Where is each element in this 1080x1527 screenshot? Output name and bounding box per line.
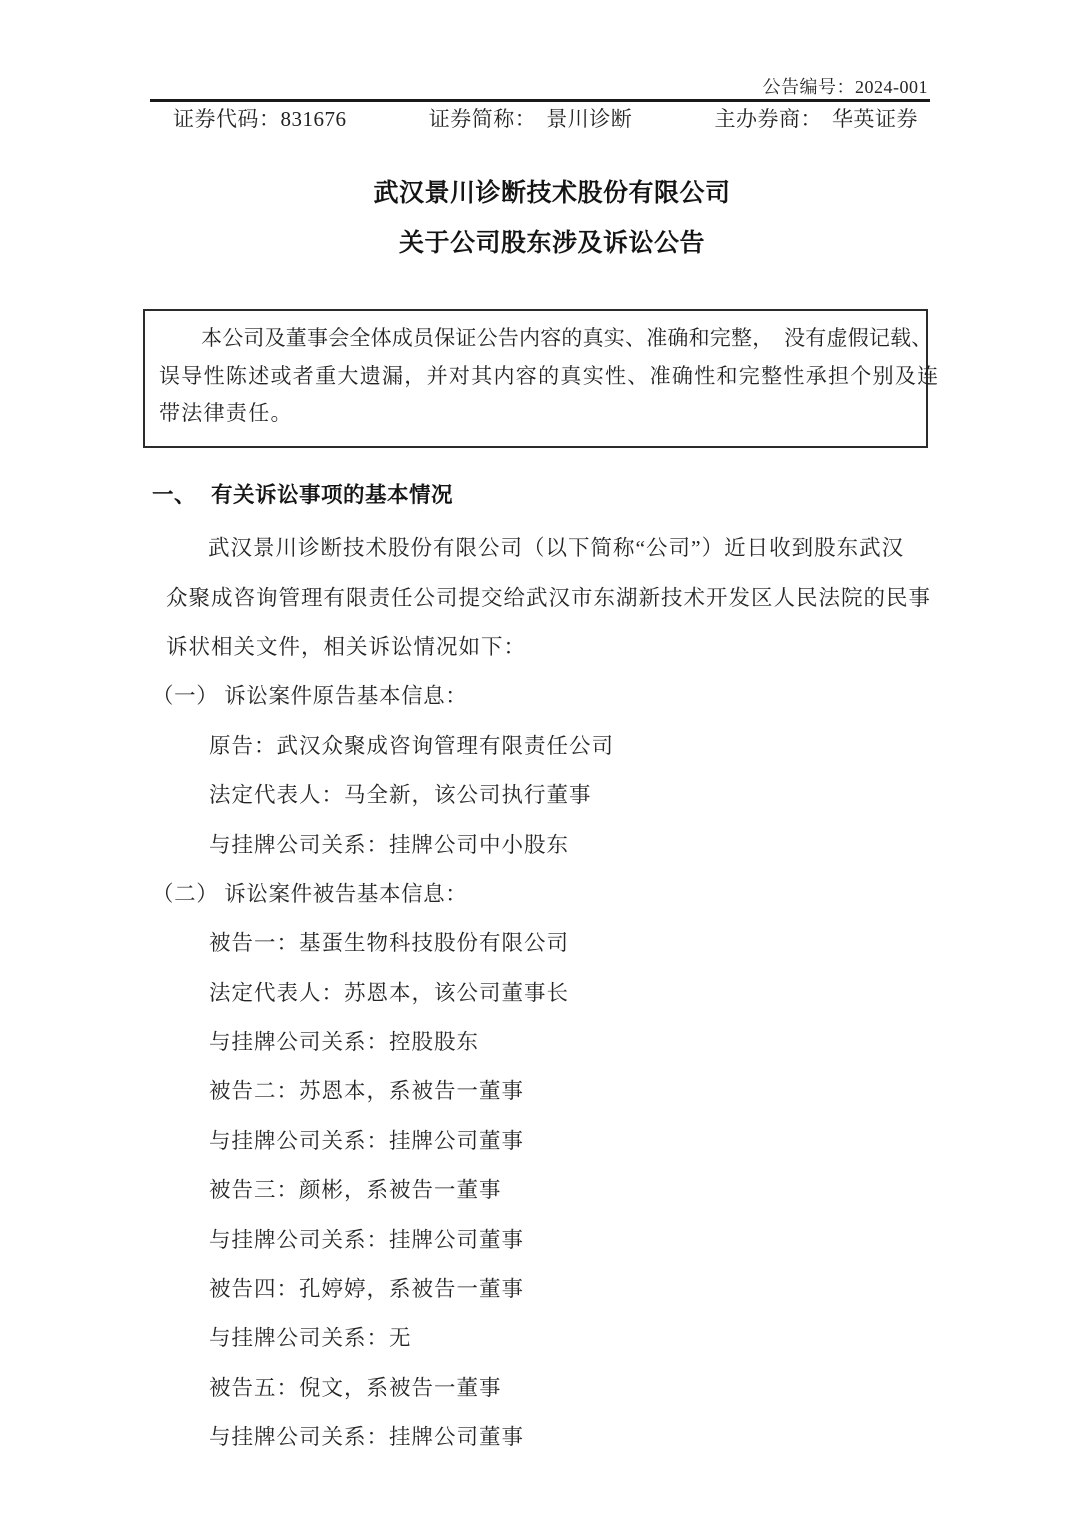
body-line: 被告一：基蛋生物科技股份有限公司 xyxy=(152,917,952,966)
document-title-line2: 关于公司股东涉及诉讼公告 xyxy=(162,230,942,258)
disclaimer-line: 带法律责任。 xyxy=(159,395,914,433)
body-line: 武汉景川诊断技术股份有限公司（以下简称“公司”）近日收到股东武汉 xyxy=(152,522,952,571)
body-line: 被告五：倪文，系被告一董事 xyxy=(152,1362,952,1411)
header-rule xyxy=(150,99,930,102)
disclaimer-line: 误导性陈述或者重大遗漏，并对其内容的真实性、准确性和完整性承担个别及连 xyxy=(159,358,914,396)
body-line: 与挂牌公司关系：控股股东 xyxy=(152,1016,952,1065)
section-title: 有关诉讼事项的基本情况 xyxy=(211,483,453,507)
body-line: 众聚成咨询管理有限责任公司提交给武汉市东湖新技术开发区人民法院的民事 xyxy=(152,571,952,620)
body-line: 被告四：孔婷婷，系被告一董事 xyxy=(152,1263,952,1312)
section-number: 一、 xyxy=(152,483,196,507)
section-heading: 一、有关诉讼事项的基本情况 xyxy=(152,481,453,509)
body-line: 诉状相关文件，相关诉讼情况如下： xyxy=(152,621,952,670)
sponsor-group: 主办券商：华英证券 xyxy=(715,104,919,134)
body-line: 原告：武汉众聚成咨询管理有限责任公司 xyxy=(152,720,952,769)
body-line: 被告三：颜彬，系被告一董事 xyxy=(152,1164,952,1213)
body-line: （二） 诉讼案件被告基本信息： xyxy=(152,868,952,917)
stock-name-value: 景川诊断 xyxy=(546,107,632,131)
document-body: 武汉景川诊断技术股份有限公司（以下简称“公司”）近日收到股东武汉众聚成咨询管理有… xyxy=(152,522,952,1460)
securities-header-row: 证券代码：831676 证券简称：景川诊断 主办券商：华英证券 xyxy=(150,104,930,134)
body-line: 与挂牌公司关系：无 xyxy=(152,1312,952,1361)
announcement-number: 公告编号：2024-001 xyxy=(763,76,929,98)
body-line: 法定代表人：马全新，该公司执行董事 xyxy=(152,769,952,818)
stock-code-group: 证券代码：831676 xyxy=(173,104,347,134)
document-page: 公告编号：2024-001 证券代码：831676 证券简称：景川诊断 主办券商… xyxy=(0,0,1080,1527)
body-line: 与挂牌公司关系：挂牌公司中小股东 xyxy=(152,818,952,867)
disclaimer-line: 本公司及董事会全体成员保证公告内容的真实、准确和完整， 没有虚假记载、 xyxy=(159,320,914,358)
body-line: 被告二：苏恩本，系被告一董事 xyxy=(152,1065,952,1114)
body-line: 与挂牌公司关系：挂牌公司董事 xyxy=(152,1115,952,1164)
document-title-line1: 武汉景川诊断技术股份有限公司 xyxy=(162,180,942,208)
sponsor-value: 华英证券 xyxy=(832,107,918,131)
disclaimer-box: 本公司及董事会全体成员保证公告内容的真实、准确和完整， 没有虚假记载、误导性陈述… xyxy=(143,309,928,448)
stock-name-group: 证券简称：景川诊断 xyxy=(429,104,633,134)
sponsor-label: 主办券商： xyxy=(715,107,823,131)
body-line: 与挂牌公司关系：挂牌公司董事 xyxy=(152,1213,952,1262)
stock-code-label: 证券代码： xyxy=(173,107,281,131)
body-line: 法定代表人：苏恩本，该公司董事长 xyxy=(152,967,952,1016)
stock-code-value: 831676 xyxy=(281,107,347,131)
body-line: （一） 诉讼案件原告基本信息： xyxy=(152,670,952,719)
stock-name-label: 证券简称： xyxy=(429,107,537,131)
body-line: 与挂牌公司关系：挂牌公司董事 xyxy=(152,1411,952,1460)
